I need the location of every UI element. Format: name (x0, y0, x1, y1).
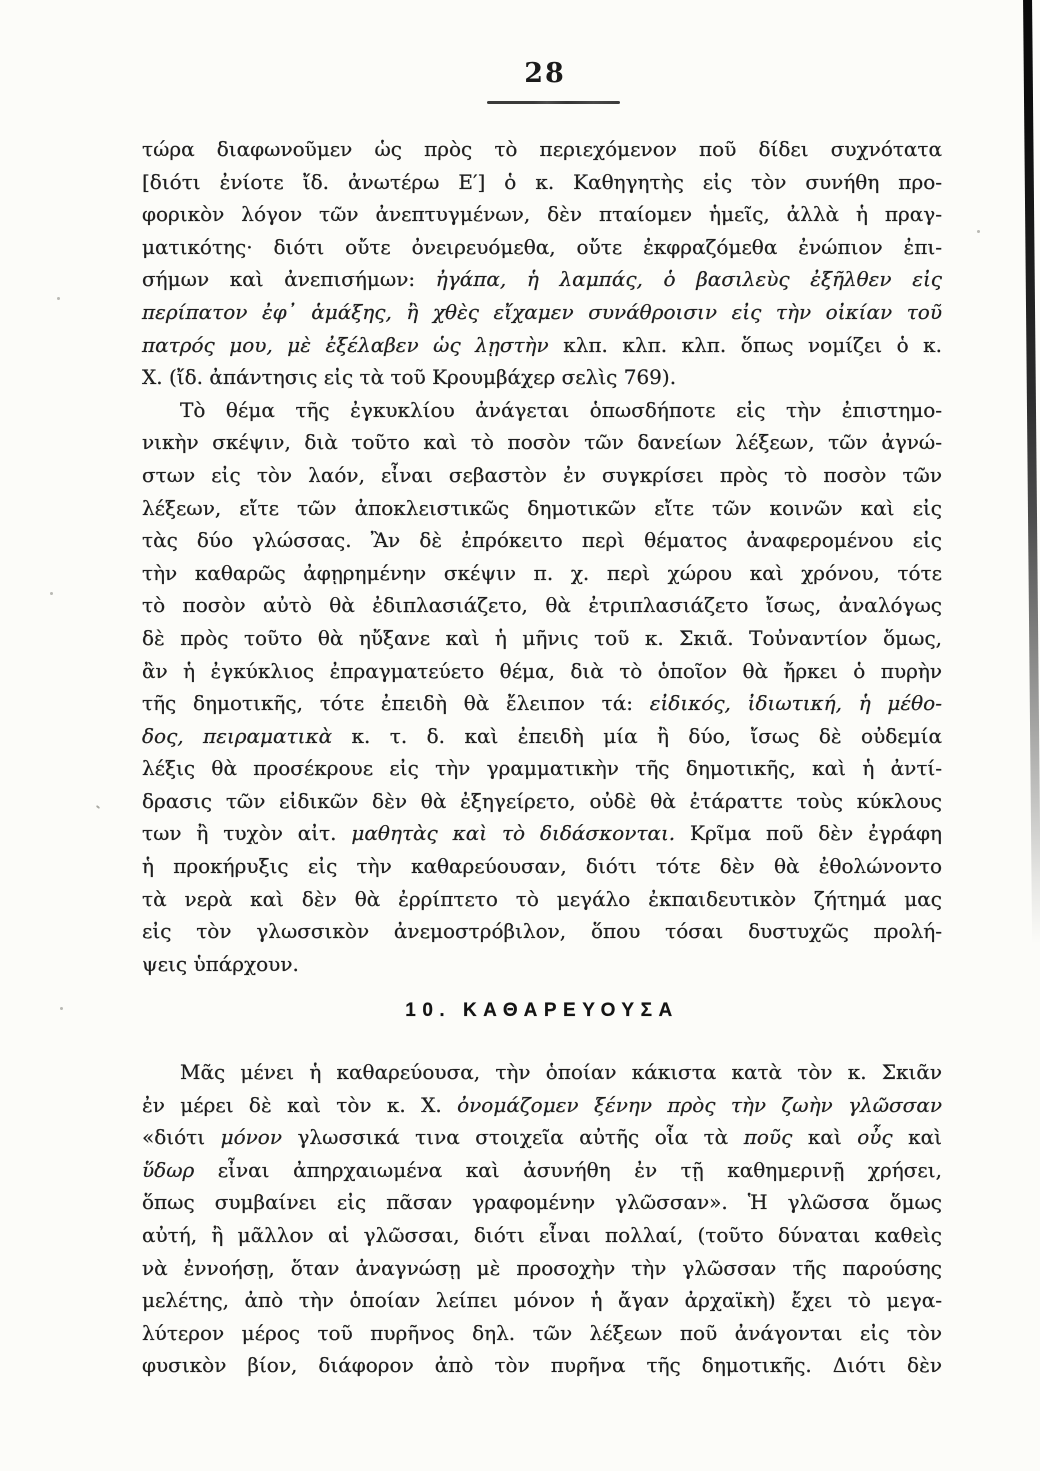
text-line: δρασις τῶν εἰδικῶν δὲν θὰ ἐξηγείρετο, οὐ… (142, 785, 942, 818)
body-text: [διότι ἐνίοτε ἴδ. ἀνωτέρω Ε′] ὁ κ. Καθηγ… (142, 170, 942, 194)
body-text: ὅπως συμβαίνει εἰς πᾶσαν γραφομένην γλῶσ… (142, 1190, 942, 1214)
text-line: φυσικὸν βίον, διάφορον ἀπὸ τὸν πυρῆνα τῆ… (142, 1349, 942, 1382)
emphasized-text: πατρός μου, μὲ ἐξέλαβεν ὡς λῃστὴν (142, 333, 563, 357)
scan-speck (96, 805, 100, 809)
body-text-block-2: Μᾶς μένει ἡ καθαρεύουσα, τὴν ὁποίαν κάκι… (142, 1056, 942, 1382)
body-text: ἐν μέρει δὲ καὶ τὸν κ. Χ. (142, 1093, 457, 1117)
text-line: φορικὸν λόγον τῶν ἀνεπτυγμένων, δὲν πταί… (142, 198, 942, 231)
text-line: των ἢ τυχὸν αἰτ. μαθητὰς καὶ τὸ διδάσκον… (142, 817, 942, 850)
body-text: ψεις ὑπάρχουν. (142, 952, 299, 976)
text-line: ἡ προκήρυξις εἰς τὴν καθαρεύουσαν, διότι… (142, 850, 942, 883)
text-line: περίπατον ἐφ᾽ ἁμάξης, ἢ χθὲς εἴχαμεν συν… (142, 296, 942, 329)
text-line: Τὸ θέμα τῆς ἐγκυκλίου ἀνάγεται ὁπωσδήποτ… (142, 394, 942, 427)
text-line: ὅπως συμβαίνει εἰς πᾶσαν γραφομένην γλῶσ… (142, 1186, 942, 1219)
section-heading: 10. ΚΑΘΑΡΕΥΟΥΣΑ (142, 1000, 942, 1022)
text-line: ὕδωρ εἶναι ἀπηρχαιωμένα καὶ ἀσυνήθη ἐν τ… (142, 1154, 942, 1187)
text-line: δος, πειραματικὰ κ. τ. δ. καὶ ἐπειδὴ μία… (142, 720, 942, 753)
text-line: αὐτή, ἢ μᾶλλον αἱ γλῶσσαι, διότι εἶναι π… (142, 1219, 942, 1252)
text-line: εἰς τὸν γλωσσικὸν ἀνεμοστρόβιλον, ὅπου τ… (142, 915, 942, 948)
body-text: κ. τ. δ. καὶ ἐπειδὴ μία ἢ δύο, ἴσως δὲ ο… (352, 724, 943, 748)
emphasized-text: μαθητὰς καὶ τὸ διδάσκονται. (351, 821, 675, 845)
text-line: λύτερον μέρος τοῦ πυρῆνος δηλ. τῶν λέξεω… (142, 1317, 942, 1350)
body-text: νικὴν σκέψιν, διὰ τοῦτο καὶ τὸ ποσὸν τῶν… (142, 430, 942, 454)
emphasized-text: οὖς (857, 1125, 892, 1149)
body-text: ματικότης· διότι οὔτε ὀνειρευόμεθα, οὔτε… (142, 235, 942, 259)
emphasized-text: ὀνομάζομεν ξένην πρὸς τὴν ζωὴν γλῶσσαν (457, 1093, 942, 1117)
text-line: Μᾶς μένει ἡ καθαρεύουσα, τὴν ὁποίαν κάκι… (142, 1056, 942, 1089)
body-text: στων εἰς τὸν λαόν, εἶναι σεβαστὸν ἐν συγ… (142, 463, 942, 487)
body-text: λύτερον μέρος τοῦ πυρῆνος δηλ. τῶν λέξεω… (142, 1321, 942, 1345)
text-line: δὲ πρὸς τοῦτο θὰ ηὔξανε καὶ ἡ μῆνις τοῦ … (142, 622, 942, 655)
body-text: φορικὸν λόγον τῶν ἀνεπτυγμένων, δὲν πταί… (142, 202, 942, 226)
body-text: τὰ νερὰ καὶ δὲν θὰ ἐρρίπτετο τὸ μεγάλο ἐ… (142, 887, 942, 911)
body-text: τὴν καθαρῶς ἀφῃρημένην σκέψιν π. χ. περὶ… (142, 561, 942, 585)
body-text: τώρα διαφωνοῦμεν ὡς πρὸς τὸ περιεχόμενον… (142, 137, 942, 161)
body-text: τῆς δημοτικῆς, τότε ἐπειδὴ θὰ ἔλειπον τά… (142, 691, 650, 715)
body-text: εἶναι ἀπηρχαιωμένα καὶ ἀσυνήθη ἐν τῇ καθ… (194, 1158, 942, 1182)
body-text: Μᾶς μένει ἡ καθαρεύουσα, τὴν ὁποίαν κάκι… (180, 1060, 942, 1084)
emphasized-text: ποῦς (744, 1125, 793, 1149)
body-text: γλωσσικά τινα στοιχεῖα αὐτῆς οἷα τὰ (282, 1125, 744, 1149)
emphasized-text: ἠγάπα, ἡ λαμπάς, ὁ βασιλεὺς ἐξῆλθεν εἰς (436, 267, 942, 291)
text-line: μελέτης, ἀπὸ τὴν ὁποίαν λείπει μόνον ἡ ἄ… (142, 1284, 942, 1317)
emphasized-text: ὕδωρ (142, 1158, 194, 1182)
body-text: εἰς τὸν γλωσσικὸν ἀνεμοστρόβιλον, ὅπου τ… (142, 919, 942, 943)
text-line: τώρα διαφωνοῦμεν ὡς πρὸς τὸ περιεχόμενον… (142, 133, 942, 166)
text-line: Χ. (ἴδ. ἀπάντησις εἰς τὰ τοῦ Κρουμβάχερ … (142, 361, 942, 394)
body-text: ἡ προκήρυξις εἰς τὴν καθαρεύουσαν, διότι… (142, 854, 942, 878)
emphasized-text: περίπατον ἐφ᾽ ἁμάξης, ἢ χθὲς εἴχαμεν συν… (142, 300, 942, 324)
page-number-rule (487, 101, 620, 104)
text-line: ἂν ἡ ἐγκύκλιος ἐπραγματεύετο θέμα, διὰ τ… (142, 655, 942, 688)
text-line: τὸ ποσὸν αὐτὸ θὰ ἐδιπλασιάζετο, θὰ ἐτριπ… (142, 589, 942, 622)
body-text: λέξις θὰ προσέκρουε εἰς τὴν γραμματικὴν … (142, 756, 942, 780)
emphasized-text: εἰδικός, ἰδιωτική, ἡ μέθο- (650, 691, 942, 715)
text-line: σήμων καὶ ἀνεπισήμων: ἠγάπα, ἡ λαμπάς, ὁ… (142, 263, 942, 296)
emphasized-text: δος, πειραματικὰ (142, 724, 352, 748)
text-line: [διότι ἐνίοτε ἴδ. ἀνωτέρω Ε′] ὁ κ. Καθηγ… (142, 166, 942, 199)
scanned-book-page: 28 τώρα διαφωνοῦμεν ὡς πρὸς τὸ περιεχόμε… (0, 0, 1040, 1471)
body-text: αὐτή, ἢ μᾶλλον αἱ γλῶσσαι, διότι εἶναι π… (142, 1223, 942, 1247)
text-line: «διότι μόνον γλωσσικά τινα στοιχεῖα αὐτῆ… (142, 1121, 942, 1154)
text-line: ματικότης· διότι οὔτε ὀνειρευόμεθα, οὔτε… (142, 231, 942, 264)
body-text: Κρῖμα ποῦ δὲν ἐγράφη (675, 821, 942, 845)
body-text: λέξεων, εἴτε τῶν ἀποκλειστικῶς δημοτικῶν… (142, 496, 942, 520)
body-text: τὰς δύο γλώσσας. Ἂν δὲ ἐπρόκειτο περὶ θέ… (142, 528, 942, 552)
scan-edge-artifact (1023, 0, 1040, 944)
scan-speck (977, 230, 980, 233)
text-line: λέξις θὰ προσέκρουε εἰς τὴν γραμματικὴν … (142, 752, 942, 785)
body-text: μελέτης, ἀπὸ τὴν ὁποίαν λείπει μόνον ἡ ἄ… (142, 1288, 942, 1312)
text-line: τὴν καθαρῶς ἀφῃρημένην σκέψιν π. χ. περὶ… (142, 557, 942, 590)
body-text: κλπ. κλπ. κλπ. ὅπως νομίζει ὁ κ. (563, 333, 942, 357)
body-text: ἂν ἡ ἐγκύκλιος ἐπραγματεύετο θέμα, διὰ τ… (142, 659, 942, 683)
body-text: Χ. (ἴδ. ἀπάντησις εἰς τὰ τοῦ Κρουμβάχερ … (142, 365, 676, 389)
text-line: πατρός μου, μὲ ἐξέλαβεν ὡς λῃστὴν κλπ. κ… (142, 329, 942, 362)
page-number: 28 (142, 58, 948, 89)
text-line: λέξεων, εἴτε τῶν ἀποκλειστικῶς δημοτικῶν… (142, 492, 942, 525)
scan-speck (60, 1007, 63, 1010)
body-text: σήμων καὶ ἀνεπισήμων: (142, 267, 436, 291)
body-text: καὶ (893, 1125, 942, 1149)
body-text: «διότι (142, 1125, 221, 1149)
emphasized-text: μόνον (221, 1125, 282, 1149)
body-text: δρασις τῶν εἰδικῶν δὲν θὰ ἐξηγείρετο, οὐ… (142, 789, 942, 813)
text-line: τὰ νερὰ καὶ δὲν θὰ ἐρρίπτετο τὸ μεγάλο ἐ… (142, 883, 942, 916)
text-line: τὰς δύο γλώσσας. Ἂν δὲ ἐπρόκειτο περὶ θέ… (142, 524, 942, 557)
body-text: καὶ (792, 1125, 857, 1149)
text-line: ἐν μέρει δὲ καὶ τὸν κ. Χ. ὀνομάζομεν ξέν… (142, 1089, 942, 1122)
scan-speck (50, 592, 53, 595)
body-text-block-1: τώρα διαφωνοῦμεν ὡς πρὸς τὸ περιεχόμενον… (142, 133, 942, 980)
text-line: νὰ ἐννοήσῃ, ὅταν ἀναγνώσῃ μὲ προσοχὴν τὴ… (142, 1252, 942, 1285)
body-text: φυσικὸν βίον, διάφορον ἀπὸ τὸν πυρῆνα τῆ… (142, 1353, 942, 1377)
text-line: στων εἰς τὸν λαόν, εἶναι σεβαστὸν ἐν συγ… (142, 459, 942, 492)
body-text: Τὸ θέμα τῆς ἐγκυκλίου ἀνάγεται ὁπωσδήποτ… (180, 398, 942, 422)
body-text: δὲ πρὸς τοῦτο θὰ ηὔξανε καὶ ἡ μῆνις τοῦ … (142, 626, 942, 650)
body-text: τὸ ποσὸν αὐτὸ θὰ ἐδιπλασιάζετο, θὰ ἐτριπ… (142, 593, 942, 617)
text-line: νικὴν σκέψιν, διὰ τοῦτο καὶ τὸ ποσὸν τῶν… (142, 426, 942, 459)
body-text: νὰ ἐννοήσῃ, ὅταν ἀναγνώσῃ μὲ προσοχὴν τὴ… (142, 1256, 942, 1280)
scan-speck (57, 297, 60, 300)
body-text: των ἢ τυχὸν αἰτ. (142, 821, 351, 845)
text-line: τῆς δημοτικῆς, τότε ἐπειδὴ θὰ ἔλειπον τά… (142, 687, 942, 720)
text-line: ψεις ὑπάρχουν. (142, 948, 942, 981)
